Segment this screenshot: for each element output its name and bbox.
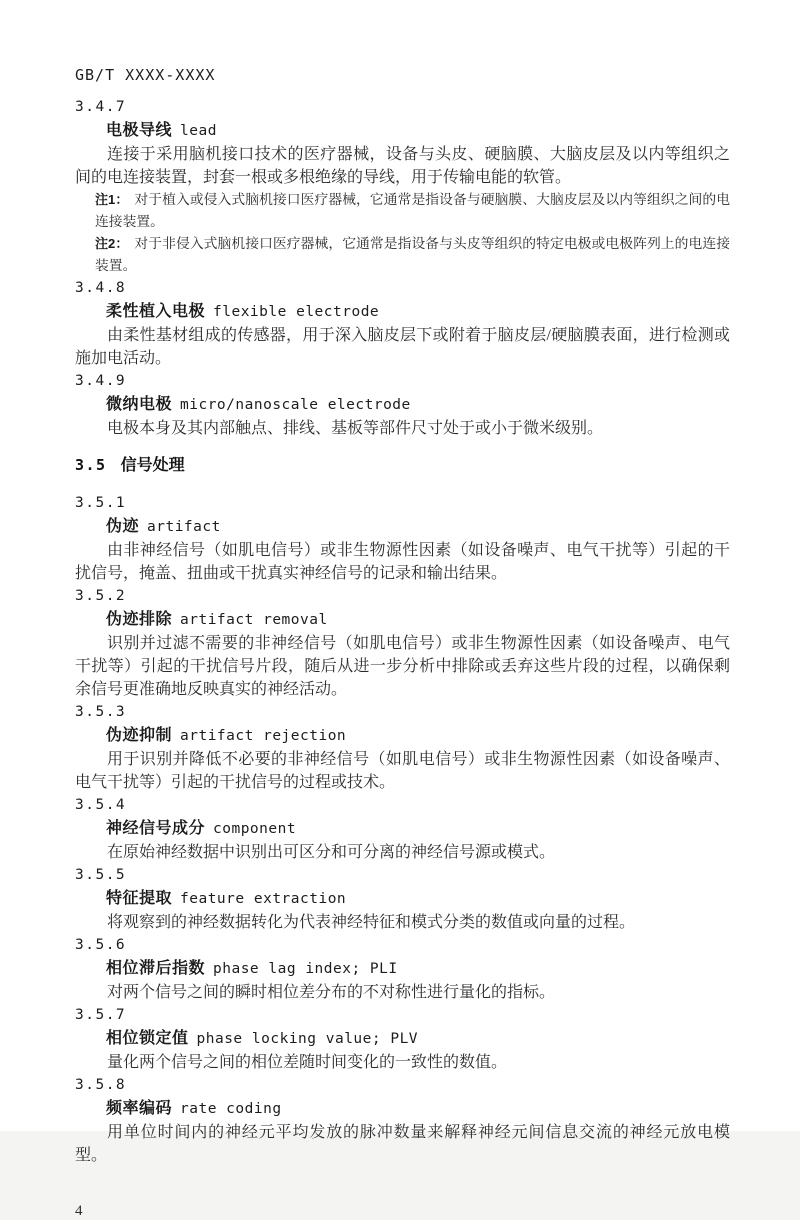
term-entry: 3.5.8频率编码rate coding用单位时间内的神经元平均发放的脉冲数量来… [75, 1074, 730, 1131]
term-chinese: 相位锁定值 [106, 1030, 189, 1047]
term-line: 伪迹artifact [75, 515, 730, 539]
term-line: 神经信号成分component [75, 817, 730, 841]
term-line: 伪迹排除artifact removal [75, 608, 730, 632]
term-chinese: 伪迹排除 [106, 611, 172, 628]
term-entry-number: 3.5.4 [75, 794, 730, 817]
terms-and-definitions-body: 3.4.7电极导线lead连接于采用脑机接口技术的医疗器械，设备与头皮、硬脑膜、… [75, 96, 730, 1131]
term-entry: 3.5.3伪迹抑制artifact rejection用于识别并降低不必要的非神… [75, 701, 730, 794]
term-entry-number: 3.5.3 [75, 701, 730, 724]
term-note: 注1：对于植入或侵入式脑机接口医疗器械，它通常是指设备与硬脑膜、大脑皮层及以内等… [75, 189, 730, 233]
term-entry-number: 3.5.5 [75, 864, 730, 887]
term-entry: 3.5.6相位滞后指数phase lag index; PLI对两个信号之间的瞬… [75, 934, 730, 1004]
document-page: GB/T XXXX-XXXX 3.4.7电极导线lead连接于采用脑机接口技术的… [0, 0, 800, 1131]
term-chinese: 频率编码 [106, 1100, 172, 1117]
term-english: artifact rejection [180, 728, 346, 744]
term-chinese: 微纳电极 [106, 396, 172, 413]
term-entry-number: 3.5.6 [75, 934, 730, 957]
term-line: 微纳电极micro/nanoscale electrode [75, 393, 730, 417]
note-label: 注1： [95, 192, 128, 207]
term-chinese: 神经信号成分 [106, 820, 205, 837]
term-english: component [213, 821, 296, 837]
term-entry: 3.5.5特征提取feature extraction将观察到的神经数据转化为代… [75, 864, 730, 934]
note-label: 注2： [95, 236, 128, 251]
term-line: 频率编码rate coding [75, 1097, 730, 1121]
term-english: feature extraction [180, 891, 346, 907]
term-definition: 由柔性基材组成的传感器，用于深入脑皮层下或附着于脑皮层/硬脑膜表面，进行检测或施… [75, 324, 730, 370]
term-entry-number: 3.5.7 [75, 1004, 730, 1027]
clause-number: 3.5 [75, 456, 107, 474]
term-entry-number: 3.5.2 [75, 585, 730, 608]
term-english: rate coding [180, 1101, 282, 1117]
term-english: artifact [147, 519, 221, 535]
term-entry: 3.5.7相位锁定值phase locking value; PLV量化两个信号… [75, 1004, 730, 1074]
term-entry: 3.4.7电极导线lead连接于采用脑机接口技术的医疗器械，设备与头皮、硬脑膜、… [75, 96, 730, 277]
term-entry: 3.4.9微纳电极micro/nanoscale electrode电极本身及其… [75, 370, 730, 440]
term-chinese: 相位滞后指数 [106, 960, 205, 977]
term-definition: 识别并过滤不需要的非神经信号（如肌电信号）或非生物源性因素（如设备噪声、电气干扰… [75, 632, 730, 701]
term-chinese: 伪迹 [106, 518, 139, 535]
term-definition: 对两个信号之间的瞬时相位差分布的不对称性进行量化的指标。 [75, 981, 730, 1004]
term-definition: 在原始神经数据中识别出可区分和可分离的神经信号源或模式。 [75, 841, 730, 864]
standard-number-header: GB/T XXXX-XXXX [75, 66, 730, 84]
term-line: 特征提取feature extraction [75, 887, 730, 911]
term-entry: 3.5.2伪迹排除artifact removal识别并过滤不需要的非神经信号（… [75, 585, 730, 701]
term-line: 伪迹抑制artifact rejection [75, 724, 730, 748]
term-definition: 电极本身及其内部触点、排线、基板等部件尺寸处于或小于微米级别。 [75, 417, 730, 440]
term-definition: 连接于采用脑机接口技术的医疗器械，设备与头皮、硬脑膜、大脑皮层及以内等组织之间的… [75, 143, 730, 189]
note-text: 对于非侵入式脑机接口医疗器械，它通常是指设备与头皮等组织的特定电极或电极阵列上的… [95, 236, 730, 273]
term-english: phase lag index; PLI [213, 961, 398, 977]
term-english: flexible electrode [213, 304, 379, 320]
term-definition: 量化两个信号之间的相位差随时间变化的一致性的数值。 [75, 1051, 730, 1074]
term-english: lead [180, 123, 217, 139]
term-chinese: 伪迹抑制 [106, 727, 172, 744]
term-chinese: 柔性植入电极 [106, 303, 205, 320]
term-english: artifact removal [180, 612, 328, 628]
clause-heading: 3.5信号处理 [75, 454, 730, 477]
term-entry: 3.5.1伪迹artifact由非神经信号（如肌电信号）或非生物源性因素（如设备… [75, 492, 730, 585]
clause-title: 信号处理 [121, 457, 185, 474]
term-chinese: 电极导线 [106, 122, 172, 139]
term-line: 相位锁定值phase locking value; PLV [75, 1027, 730, 1051]
term-definition: 由非神经信号（如肌电信号）或非生物源性因素（如设备噪声、电气干扰等）引起的干扰信… [75, 539, 730, 585]
term-entry-number: 3.5.8 [75, 1074, 730, 1097]
term-definition: 用于识别并降低不必要的非神经信号（如肌电信号）或非生物源性因素（如设备噪声、电气… [75, 748, 730, 794]
term-definition: 将观察到的神经数据转化为代表神经特征和模式分类的数值或向量的过程。 [75, 911, 730, 934]
term-entry-number: 3.4.8 [75, 277, 730, 300]
term-line: 柔性植入电极flexible electrode [75, 300, 730, 324]
term-entry: 3.4.8柔性植入电极flexible electrode由柔性基材组成的传感器… [75, 277, 730, 370]
term-entry-number: 3.5.1 [75, 492, 730, 515]
term-line: 相位滞后指数phase lag index; PLI [75, 957, 730, 981]
term-english: phase locking value; PLV [197, 1031, 419, 1047]
term-english: micro/nanoscale electrode [180, 397, 411, 413]
term-note: 注2：对于非侵入式脑机接口医疗器械，它通常是指设备与头皮等组织的特定电极或电极阵… [75, 233, 730, 277]
term-definition: 用单位时间内的神经元平均发放的脉冲数量来解释神经元间信息交流的神经元放电模型。 [75, 1121, 730, 1131]
term-chinese: 特征提取 [106, 890, 172, 907]
note-text: 对于植入或侵入式脑机接口医疗器械，它通常是指设备与硬脑膜、大脑皮层及以内等组织之… [95, 192, 730, 229]
term-line: 电极导线lead [75, 119, 730, 143]
term-entry-number: 3.4.7 [75, 96, 730, 119]
term-entry: 3.5.4神经信号成分component在原始神经数据中识别出可区分和可分离的神… [75, 794, 730, 864]
term-entry-number: 3.4.9 [75, 370, 730, 393]
